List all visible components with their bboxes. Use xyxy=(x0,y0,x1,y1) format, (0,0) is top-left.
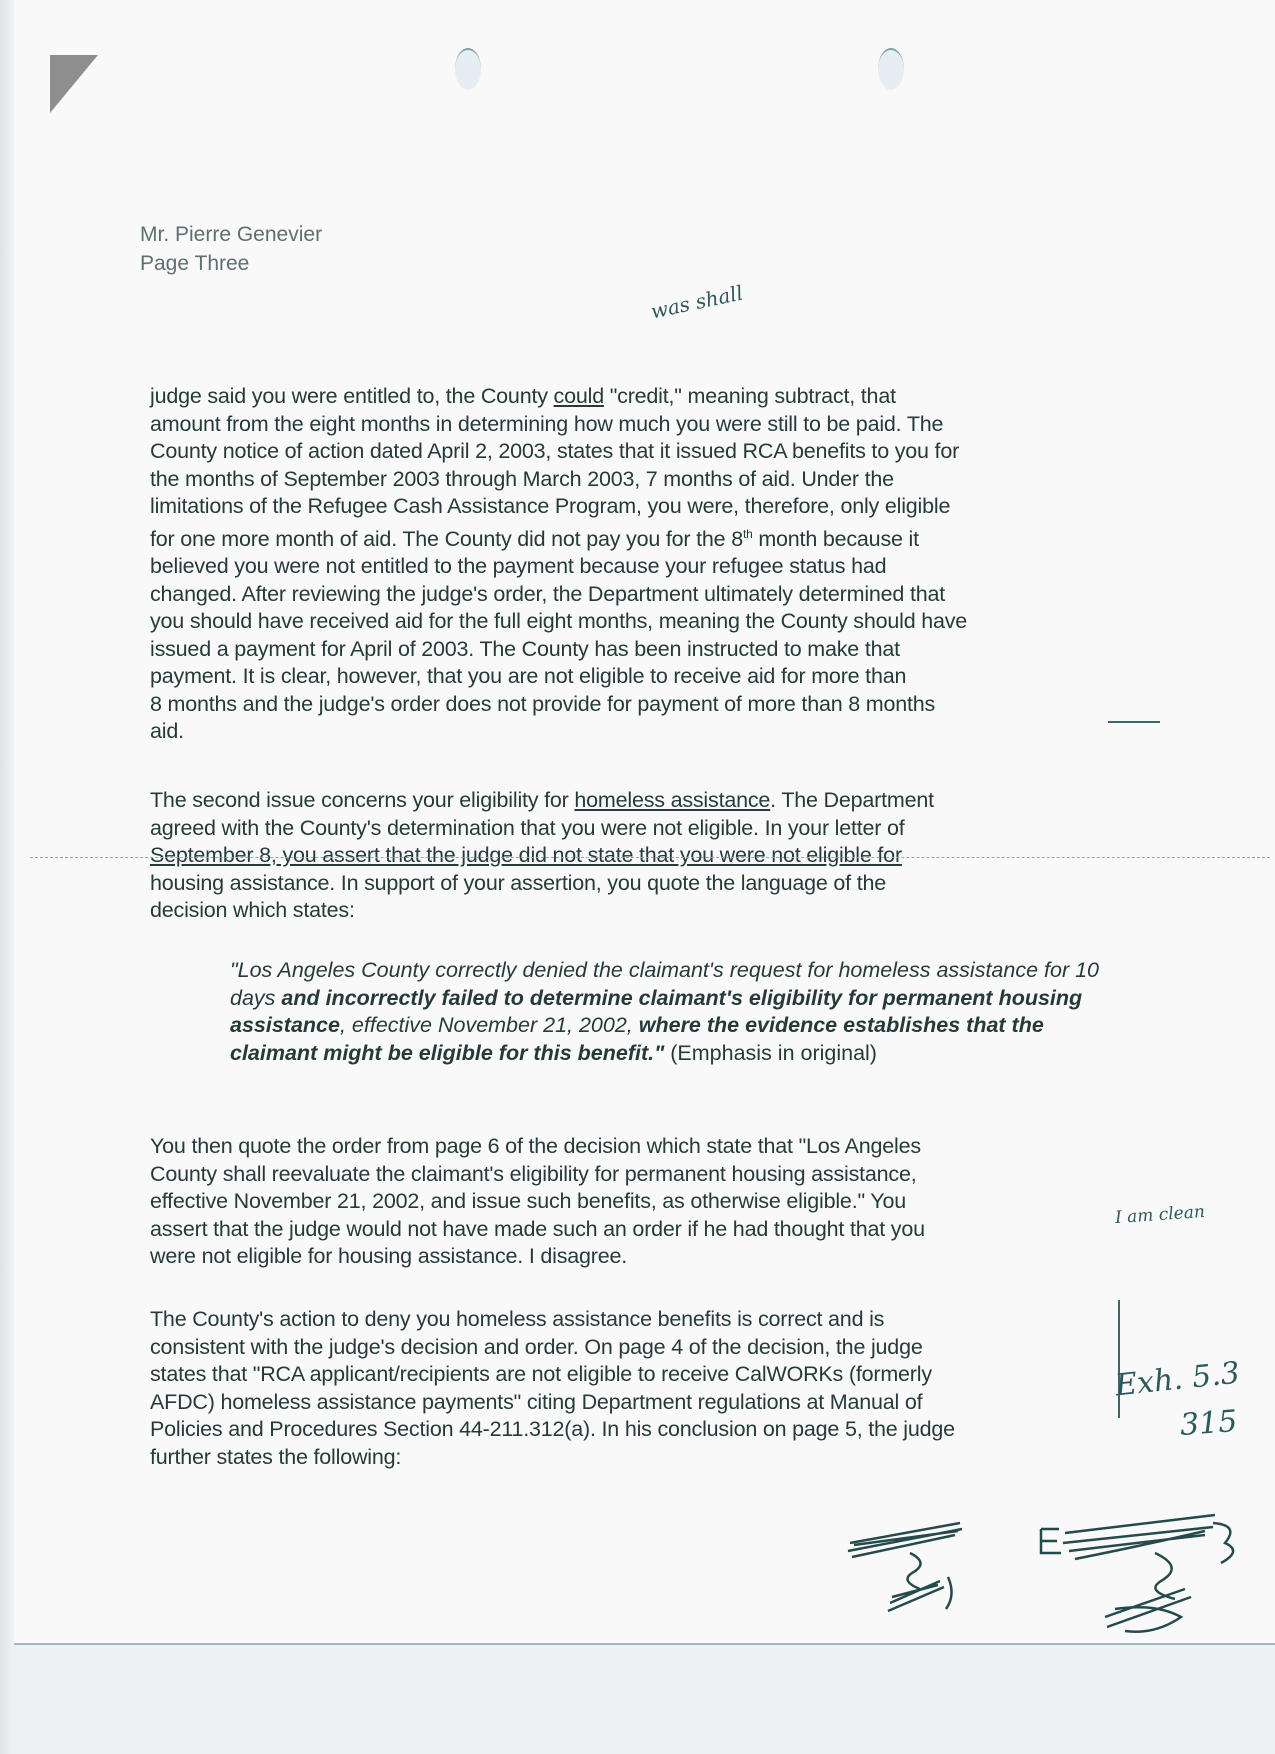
corner-fold-mark xyxy=(50,55,98,113)
text-line: issued a payment for April of 2003. The … xyxy=(150,636,1150,664)
crossed-out-exhibit-right xyxy=(1035,1505,1245,1650)
text-line: decision which states: xyxy=(150,897,1150,925)
text-line: consistent with the judge's decision and… xyxy=(150,1334,1150,1362)
recipient-name: Mr. Pierre Genevier xyxy=(140,220,322,249)
text-line: judge said you were entitled to, the Cou… xyxy=(150,383,1150,411)
text-line: The second issue concerns your eligibili… xyxy=(150,788,574,812)
text-line: further states the following: xyxy=(150,1444,1150,1472)
underlined-text: homeless assistance xyxy=(574,788,770,812)
text-line: County shall reevaluate the claimant's e… xyxy=(150,1161,1150,1189)
page-label: Page Three xyxy=(140,249,322,278)
underlined-text: September 8, you assert that the judge d… xyxy=(150,842,1150,870)
letter-header: Mr. Pierre Genevier Page Three xyxy=(140,220,322,278)
text-line: amount from the eight months in determin… xyxy=(150,411,1150,439)
handwritten-dashed-line xyxy=(30,857,1270,858)
text-line: limitations of the Refugee Cash Assistan… xyxy=(150,493,1150,521)
text-line: agreed with the County's determination t… xyxy=(150,815,1150,843)
text-line: were not eligible for housing assistance… xyxy=(150,1243,1150,1271)
text-line: effective November 21, 2002, and issue s… xyxy=(150,1188,1150,1216)
text-line: housing assistance. In support of your a… xyxy=(150,870,1150,898)
paragraph-order-quote: You then quote the order from page 6 of … xyxy=(150,1133,1150,1271)
text-line: Policies and Procedures Section 44-211.3… xyxy=(150,1416,1150,1444)
text-line: for one more month of aid. The County di… xyxy=(150,521,1150,554)
punch-hole-icon xyxy=(878,48,904,90)
text-line: believed you were not entitled to the pa… xyxy=(150,553,1150,581)
scanner-background xyxy=(14,1645,1275,1754)
quote-text: , effective November 21, 2002, xyxy=(340,1013,639,1037)
crossed-out-exhibit-left xyxy=(840,1515,980,1630)
text-line: aid. xyxy=(150,718,1150,746)
text-line: You then quote the order from page 6 of … xyxy=(150,1133,1150,1161)
punch-hole-icon xyxy=(455,48,481,90)
exhibit-page-number: 315 xyxy=(1179,1404,1239,1443)
quote-note: (Emphasis in original) xyxy=(664,1041,877,1065)
scan-edge xyxy=(0,0,14,1754)
text-line: states that "RCA applicant/recipients ar… xyxy=(150,1361,1150,1389)
paragraph-rca-benefits: judge said you were entitled to, the Cou… xyxy=(150,383,1150,746)
paragraph-county-action: The County's action to deny you homeless… xyxy=(150,1306,1150,1471)
text-line: payment. It is clear, however, that you … xyxy=(150,663,1150,691)
text-line: 8 months and the judge's order does not … xyxy=(150,691,1150,719)
text-line: changed. After reviewing the judge's ord… xyxy=(150,581,1150,609)
text-line: . The Department xyxy=(770,788,934,812)
text-line: County notice of action dated April 2, 2… xyxy=(150,438,1150,466)
paragraph-homeless-issue: The second issue concerns your eligibili… xyxy=(150,787,1150,925)
text-line: you should have received aid for the ful… xyxy=(150,608,1150,636)
block-quote-decision: "Los Angeles County correctly denied the… xyxy=(230,957,1110,1067)
handwritten-dash xyxy=(1108,721,1160,723)
text-line: AFDC) homeless assistance payments" citi… xyxy=(150,1389,1150,1417)
text-line: assert that the judge would not have mad… xyxy=(150,1216,1150,1244)
text-line: The County's action to deny you homeless… xyxy=(150,1306,1150,1334)
text-line: the months of September 2003 through Mar… xyxy=(150,466,1150,494)
